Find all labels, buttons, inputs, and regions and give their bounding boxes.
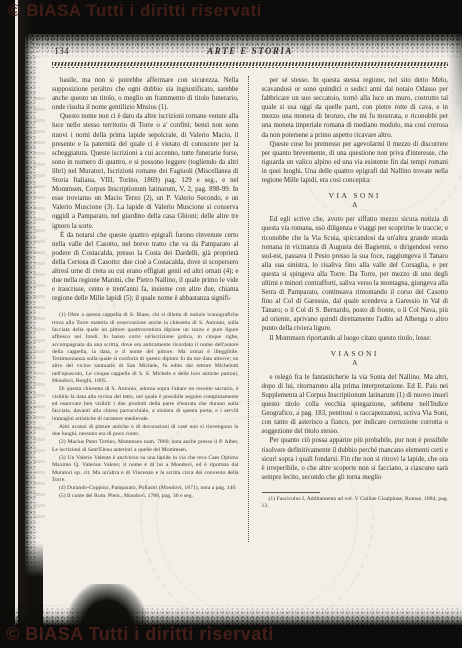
inscription-heading-sub: A bbox=[262, 201, 449, 210]
left-footnotes: (1) Oltre a questa cappella di S. Biase,… bbox=[52, 312, 239, 500]
footnote: (4) Durando-Coppino, Pamparato, Pollastr… bbox=[52, 485, 239, 492]
footnote: Altri avanzi di pitture antiche o di dec… bbox=[52, 424, 239, 439]
body-paragraph: Queste cose ho premesso per agevolarmi i… bbox=[262, 140, 449, 185]
column-divider bbox=[248, 76, 249, 542]
body-paragraph: e relegò fra le fantasticherie la via So… bbox=[262, 373, 449, 437]
footnote: (3) Un Valerio Valente è anch'esso su un… bbox=[52, 455, 239, 484]
body-paragraph: Il Mommsen riportando al luogo citato qu… bbox=[262, 334, 449, 343]
body-paragraph: Per quanto ciò possa apparire più probab… bbox=[262, 436, 449, 481]
body-paragraph: basile, ma non si potrebbe affermare con… bbox=[52, 76, 239, 112]
copyright-watermark-bottom: © BIASA Tutti i diritti riservati bbox=[6, 624, 274, 645]
inscription-heading: VIA SONI bbox=[262, 191, 449, 200]
scanned-journal-page: 134 ARTE E STORIA basile, ma non si potr… bbox=[0, 0, 462, 648]
footnote: (1) Oltre a questa cappella di S. Biase,… bbox=[52, 312, 239, 385]
body-paragraph: Ed egli scrive che, avuto per siffatto m… bbox=[262, 215, 449, 333]
left-column: basile, ma non si potrebbe affermare con… bbox=[52, 76, 239, 542]
inscription-heading-sub: A bbox=[262, 359, 449, 368]
page-content: 134 ARTE E STORIA basile, ma non si potr… bbox=[52, 44, 448, 542]
footnote: Di questa chiesetta di S. Antonio, adorn… bbox=[52, 386, 239, 422]
footnote: (1) Fasciculus I, Additamenta ad vol. V … bbox=[262, 496, 449, 511]
inscription-heading: VIASONI bbox=[262, 349, 449, 358]
body-paragraph: È da notarsi che queste quattro epigrafi… bbox=[52, 231, 239, 304]
body-paragraph: per sé stesso. In questa stessa regione,… bbox=[262, 76, 449, 140]
copyright-watermark-top: © BIASA Tutti i diritti riservati bbox=[8, 1, 262, 21]
footnote: (2) Macius Pater Tertius, Mommsen num. 7… bbox=[52, 439, 239, 454]
footnote: (5) Il conte del Rom. Piem., Mondovì, 17… bbox=[52, 493, 239, 500]
body-paragraph: Questo nome non ci è dato da altre iscri… bbox=[52, 112, 239, 230]
right-footnote-block: (1) Fasciculus I, Additamenta ad vol. V … bbox=[262, 492, 449, 511]
scan-border-left bbox=[0, 0, 15, 648]
text-columns: basile, ma non si potrebbe affermare con… bbox=[52, 76, 448, 542]
header-rule bbox=[52, 62, 448, 66]
header-rule-secondary bbox=[52, 67, 448, 68]
scan-gutter-shadow bbox=[18, 0, 25, 648]
right-column: per sé stesso. In questa stessa regione,… bbox=[262, 76, 449, 542]
